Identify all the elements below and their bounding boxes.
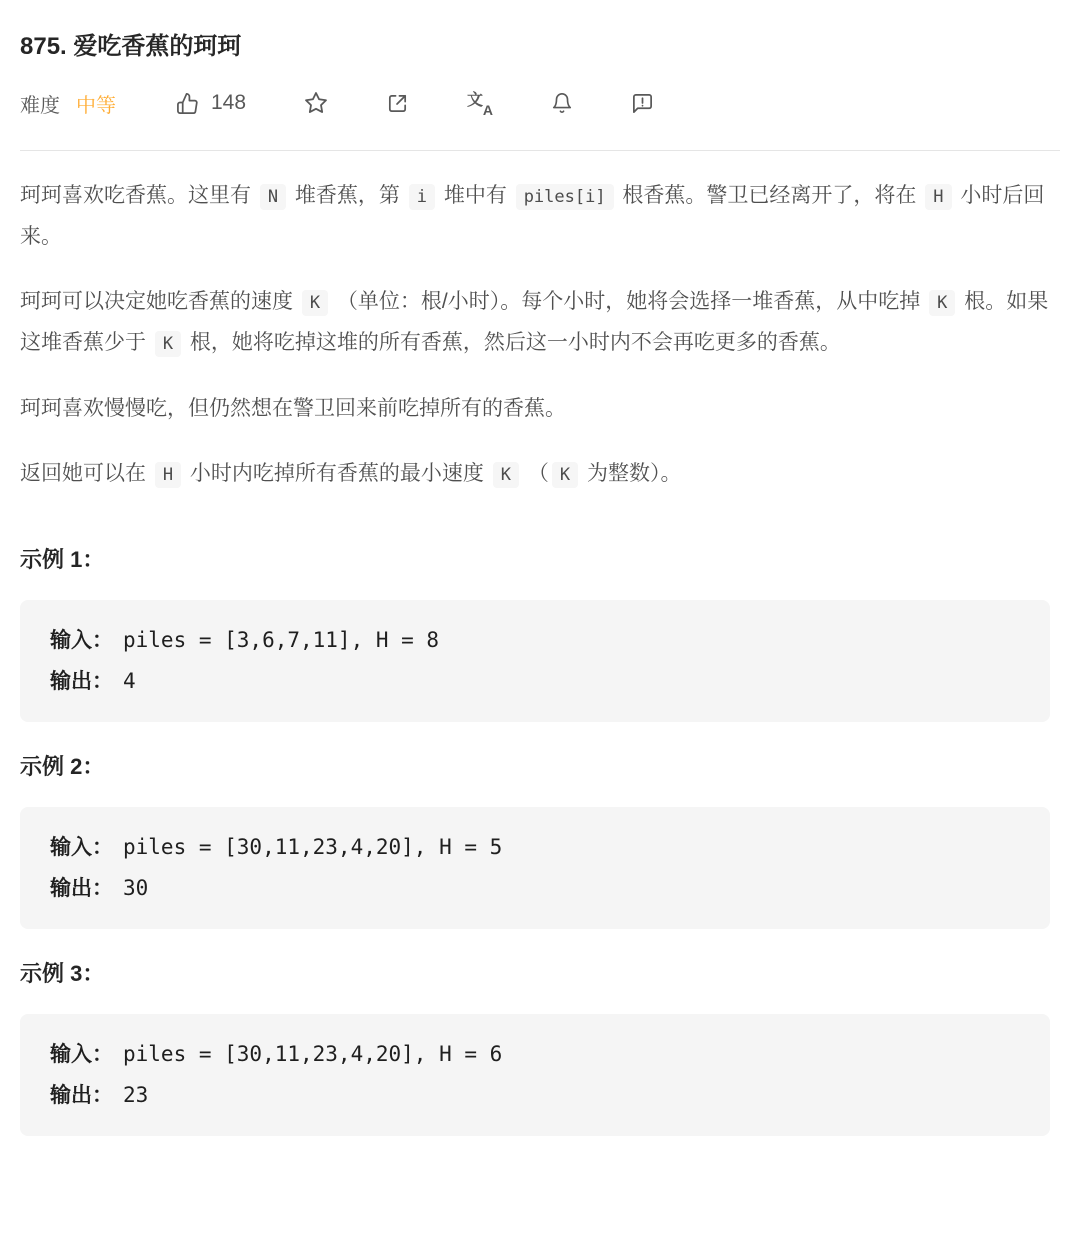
examples-section: 示例 1： 输入：piles = [3,6,7,11], H = 8 输出：4 …	[20, 547, 1060, 1136]
output-label: 输出：	[50, 1084, 113, 1107]
share-button[interactable]	[386, 92, 409, 115]
share-icon	[386, 92, 409, 115]
like-count: 148	[211, 91, 246, 115]
example-3-output-value: 23	[123, 1083, 148, 1107]
notification-button[interactable]	[551, 92, 573, 114]
example-3-input-value: piles = [30,11,23,4,20], H = 6	[123, 1042, 502, 1066]
example-1-heading: 示例 1：	[20, 547, 1060, 573]
example-2-box: 输入：piles = [30,11,23,4,20], H = 5 输出：30	[20, 807, 1050, 929]
input-label: 输入：	[50, 1043, 113, 1066]
thumbs-up-icon	[176, 92, 199, 115]
example-1-box: 输入：piles = [3,6,7,11], H = 8 输出：4	[20, 600, 1050, 722]
inline-code: K	[155, 331, 181, 357]
favorite-button[interactable]	[304, 91, 328, 115]
example-3-heading: 示例 3：	[20, 961, 1060, 987]
inline-code: H	[155, 462, 181, 488]
inline-code: K	[552, 462, 578, 488]
star-icon	[304, 91, 328, 115]
example-2-input-value: piles = [30,11,23,4,20], H = 5	[123, 835, 502, 859]
problem-statement: 珂珂喜欢吃香蕉。这里有 N 堆香蕉，第 i 堆中有 piles[i] 根香蕉。警…	[20, 176, 1060, 495]
output-label: 输出：	[50, 670, 113, 693]
difficulty-badge: 中等	[76, 89, 116, 118]
difficulty-label: 难度	[20, 89, 60, 118]
like-button[interactable]: 148	[176, 91, 246, 115]
inline-code: K	[302, 290, 328, 316]
feedback-button[interactable]	[631, 92, 654, 115]
translate-button[interactable]: 文A	[467, 90, 493, 116]
inline-code: K	[929, 290, 955, 316]
output-label: 输出：	[50, 877, 113, 900]
problem-meta-bar: 难度 中等 148	[20, 89, 1060, 117]
inline-code: K	[493, 462, 519, 488]
inline-code: i	[409, 184, 435, 210]
problem-paragraph: 珂珂喜欢吃香蕉。这里有 N 堆香蕉，第 i 堆中有 piles[i] 根香蕉。警…	[20, 176, 1060, 257]
problem-paragraph: 返回她可以在 H 小时内吃掉所有香蕉的最小速度 K （K 为整数）。	[20, 454, 1060, 495]
input-label: 输入：	[50, 629, 113, 652]
example-1-output-value: 4	[123, 669, 136, 693]
inline-code: N	[260, 184, 286, 210]
example-2-output-value: 30	[123, 876, 148, 900]
section-divider	[20, 150, 1060, 151]
inline-code: piles[i]	[516, 184, 614, 210]
example-2-heading: 示例 2：	[20, 754, 1060, 780]
feedback-icon	[631, 92, 654, 115]
problem-paragraph: 珂珂喜欢慢慢吃，但仍然想在警卫回来前吃掉所有的香蕉。	[20, 389, 1060, 429]
bell-icon	[551, 92, 573, 114]
example-3-box: 输入：piles = [30,11,23,4,20], H = 6 输出：23	[20, 1014, 1050, 1136]
problem-description-panel: 875. 爱吃香蕉的珂珂 难度 中等 148	[0, 30, 1080, 1166]
input-label: 输入：	[50, 836, 113, 859]
problem-title: 875. 爱吃香蕉的珂珂	[20, 30, 1060, 63]
example-1-input-value: piles = [3,6,7,11], H = 8	[123, 628, 439, 652]
problem-paragraph: 珂珂可以决定她吃香蕉的速度 K （单位：根/小时）。每个小时，她将会选择一堆香蕉…	[20, 282, 1060, 364]
translate-icon: 文A	[467, 90, 493, 116]
inline-code: H	[925, 184, 951, 210]
